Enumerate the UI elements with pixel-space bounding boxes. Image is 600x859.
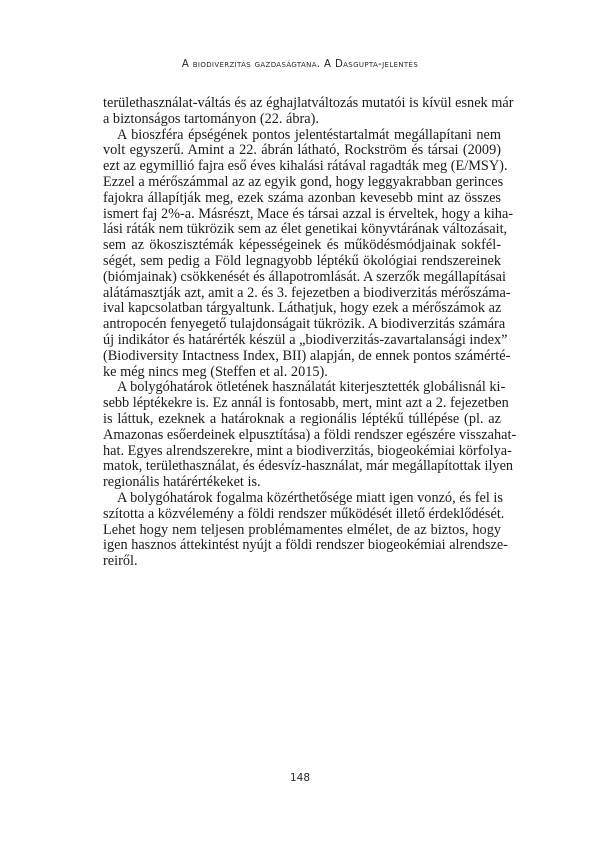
- text-line: antropocén fenyegető tulajdonságait tükr…: [103, 317, 501, 333]
- text-line: ival kapcsolatban tárgyaltunk. Láthatjuk…: [103, 301, 501, 317]
- text-line: sebb léptékekre is. Ez annál is fontosab…: [103, 396, 501, 412]
- text-line: A bioszféra épségének pontos jelentéstar…: [103, 128, 501, 144]
- text-line: ke még nincs meg (Steffen et al. 2015).: [103, 365, 501, 381]
- text-line: lási ráták nem tükrözik sem az élet gene…: [103, 222, 501, 238]
- text-line: igen hasznos áttekintést nyújt a földi r…: [103, 538, 501, 554]
- text-line: regionális határértékeket is.: [103, 475, 501, 491]
- text-line: szította a közvélemény a földi rendszer …: [103, 507, 501, 523]
- text-line: matok, területhasználat, és édesvíz-hasz…: [103, 459, 501, 475]
- text-line: Amazonas esőerdeinek elpusztítása) a föl…: [103, 428, 501, 444]
- text-line: hat. Egyes alrendszerekre, mint a biodiv…: [103, 444, 501, 460]
- text-line: területhasználat-váltás és az éghajlatvá…: [103, 96, 501, 112]
- text-line: alátámasztják azt, amit a 2. és 3. fejez…: [103, 286, 501, 302]
- text-line: (Biodiversity Intactness Index, BII) ala…: [103, 349, 501, 365]
- paragraph-3: A bolygóhatárok ötletének használatát ki…: [103, 380, 501, 491]
- text-line: ezt az egymillió fajra eső éves kihalási…: [103, 159, 501, 175]
- running-head: A biodiverzitás gazdaságtana. A Dasgupta…: [0, 59, 600, 70]
- text-line: Lehet hogy nem teljesen problémamentes e…: [103, 523, 501, 539]
- page-number: 148: [0, 772, 600, 784]
- paragraph-4: A bolygóhatárok fogalma közérthetősége m…: [103, 491, 501, 570]
- text-line: fajokra állapítják meg, ezek száma azonb…: [103, 191, 501, 207]
- text-line: volt egyszerű. Amint a 22. ábrán látható…: [103, 143, 501, 159]
- text-line: is láttuk, ezeknek a határoknak a region…: [103, 412, 501, 428]
- text-line: ségét, sem pedig a Föld legnagyobb lépté…: [103, 254, 501, 270]
- paragraph-2: A bioszféra épségének pontos jelentéstar…: [103, 128, 501, 381]
- text-line: új indikátor és határérték készül a „bio…: [103, 333, 501, 349]
- text-line: A bolygóhatárok ötletének használatát ki…: [103, 380, 501, 396]
- text-line: a biztonságos tartományon (22. ábra).: [103, 112, 501, 128]
- text-line: (biómjainak) csökkenését és állapotromlá…: [103, 270, 501, 286]
- text-line: sem az ökoszisztémák képességeinek és mű…: [103, 238, 501, 254]
- text-line: ismert faj 2%-a. Másrészt, Mace és társa…: [103, 207, 501, 223]
- text-line: Ezzel a mérőszámmal az az egyik gond, ho…: [103, 175, 501, 191]
- text-line: A bolygóhatárok fogalma közérthetősége m…: [103, 491, 501, 507]
- body-text: területhasználat-váltás és az éghajlatvá…: [103, 96, 501, 570]
- text-line: reiről.: [103, 554, 501, 570]
- paragraph-1: területhasználat-váltás és az éghajlatvá…: [103, 96, 501, 128]
- book-page: A biodiverzitás gazdaságtana. A Dasgupta…: [0, 0, 600, 859]
